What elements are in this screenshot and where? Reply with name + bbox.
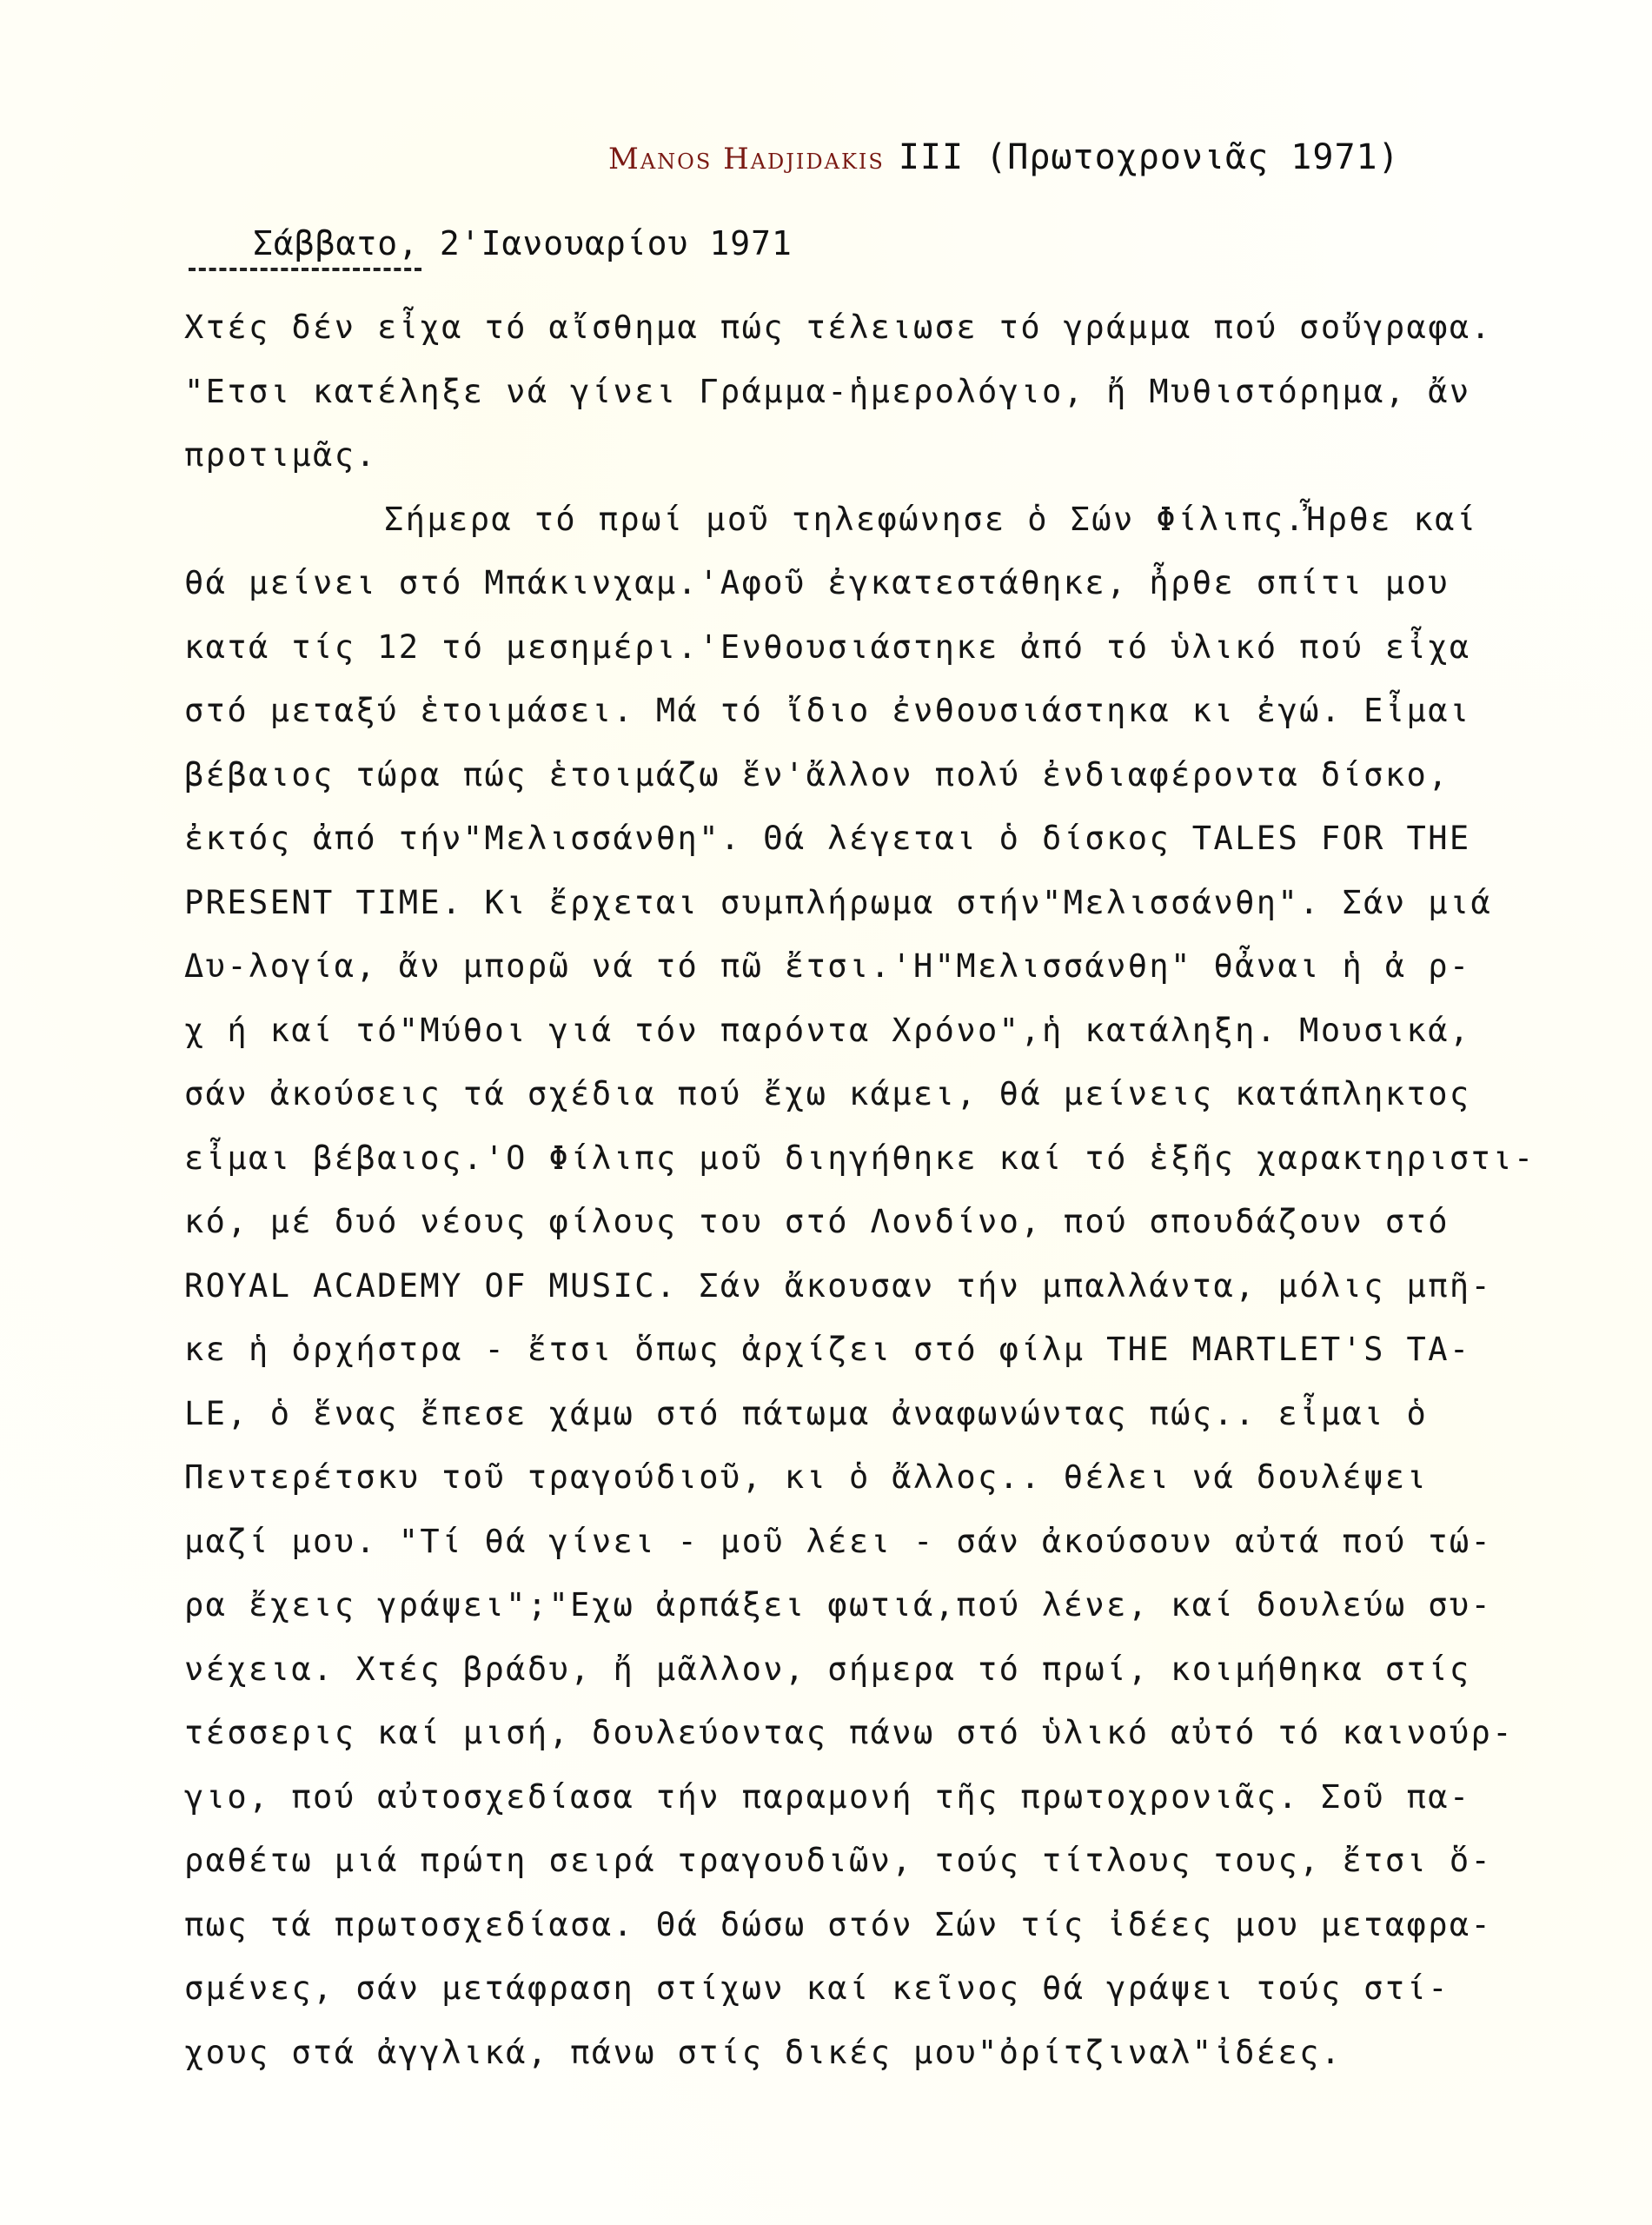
body-line: νέχεια. Χτές βράδυ, ἤ μᾶλλον, σήμερα τό … [184, 1637, 1609, 1702]
body-line: κό, μέ δυό νέους φίλους του στό Λονδίνο,… [184, 1190, 1609, 1254]
body-line: ρα ἔχεις γράψει";"Εχω ἀρπάξει φωτιά,πού … [184, 1573, 1609, 1637]
body-line: LE, ὁ ἕνας ἔπεσε χάμω στό πάτωμα ἀναφωνώ… [184, 1382, 1609, 1446]
body-line: ἐκτός ἀπό τήν"Μελισσάνθη". Θά λέγεται ὁ … [184, 807, 1609, 871]
body-line: χ ή καί τό"Μύθοι γιά τόν παρόντα Χρόνο",… [184, 999, 1609, 1063]
dateline: Σάββατο, 2'Ιανουαρίου 1971 [189, 224, 793, 271]
body-line: θά μείνει στό Μπάκινχαμ.'Αφοῦ ἐγκατεστάθ… [184, 551, 1609, 615]
letterhead-brand: Manos Hadjidakis [608, 142, 885, 176]
date-underline [189, 268, 421, 271]
body-line: Πεντερέτσκυ τοῦ τραγούδιοῦ, κι ὁ ἄλλος..… [184, 1445, 1609, 1510]
body-line: σμένες, σάν μετάφραση στίχων καί κεῖνος … [184, 1956, 1609, 2021]
body-line: γιο, πού αὐτοσχεδίασα τήν παραμονή τῆς π… [184, 1765, 1609, 1830]
body-line: κε ἡ ὀρχήστρα - ἔτσι ὅπως ἀρχίζει στό φί… [184, 1318, 1609, 1382]
body-line: τέσσερις καί μισή, δουλεύοντας πάνω στό … [184, 1701, 1609, 1765]
letterhead: Manos Hadjidakis III (Πρωτοχρονιᾶς 1971) [608, 137, 1400, 177]
body-line: Δυ-λογία, ἄν μπορῶ νά τό πῶ ἔτσι.'Η"Μελι… [184, 934, 1609, 999]
body-line: προτιμᾶς. [184, 423, 1609, 488]
body-line: χους στά ἀγγλικά, πάνω στίς δικές μου"ὀρ… [184, 2021, 1609, 2085]
body-line: σάν ἀκούσεις τά σχέδια πού ἔχω κάμει, θά… [184, 1062, 1609, 1126]
body-line: πως τά πρωτοσχεδίασα. Θά δώσω στόν Σών τ… [184, 1893, 1609, 1957]
letterhead-title: III (Πρωτοχρονιᾶς 1971) [899, 137, 1400, 177]
body-line: "Ετσι κατέληξε νά γίνει Γράμμα-ἡμερολόγι… [184, 360, 1609, 424]
body-line-paragraph-start: Σήμερα τό πρωί μοῦ τηλεφώνησε ὁ Σών Φίλι… [184, 488, 1609, 552]
date-text: Σάββατο, 2'Ιανουαρίου 1971 [189, 224, 793, 262]
body-line: στό μεταξύ ἑτοιμάσει. Μά τό ἴδιο ἐνθουσι… [184, 679, 1609, 743]
body-line: Χτές δέν εἶχα τό αἴσθημα πώς τέλειωσε τό… [184, 296, 1609, 360]
body-line: ραθέτω μιά πρώτη σειρά τραγουδιῶν, τούς … [184, 1829, 1609, 1893]
body-line: PRESENT TIME. Κι ἔρχεται συμπλήρωμα στήν… [184, 871, 1609, 935]
body-line: κατά τίς 12 τό μεσημέρι.'Ενθουσιάστηκε ἀ… [184, 615, 1609, 680]
typed-letter-page: Manos Hadjidakis III (Πρωτοχρονιᾶς 1971)… [0, 0, 1652, 2225]
letter-body: Χτές δέν εἶχα τό αἴσθημα πώς τέλειωσε τό… [184, 296, 1609, 2084]
body-line: ROYAL ACADEMY OF MUSIC. Σάν ἄκουσαν τήν … [184, 1254, 1609, 1318]
body-line: εἶμαι βέβαιος.'Ο Φίλιπς μοῦ διηγήθηκε κα… [184, 1126, 1609, 1191]
body-line: μαζί μου. "Τί θά γίνει - μοῦ λέει - σάν … [184, 1510, 1609, 1574]
body-line: βέβαιος τώρα πώς ἑτοιμάζω ἕν'ἄλλον πολύ … [184, 743, 1609, 807]
